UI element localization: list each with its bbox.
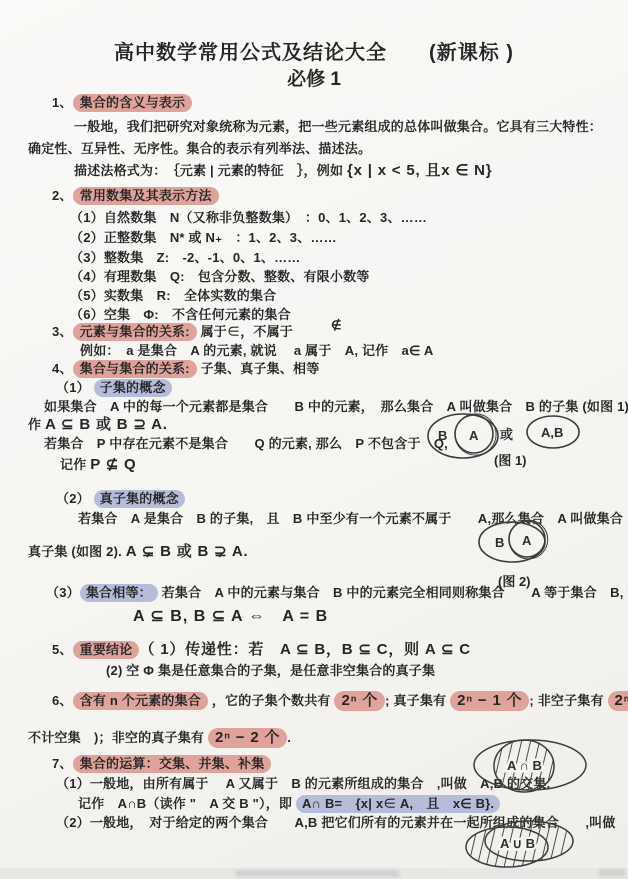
paragraph-line: 作 A ⊆ B 或 B ⊇ A. bbox=[28, 416, 168, 433]
highlight-subheading: 真子集的概念 bbox=[94, 490, 185, 508]
example-line: 例如： a 是集合 A 的元素, 就说 a 属于 A, 记作 a∈ A bbox=[80, 342, 433, 359]
paragraph-line: 一般地，我们把研究对象统称为元素，把一些元素组成的总体叫做集合。它具有三大特性： bbox=[74, 118, 602, 135]
numbered-set-item: （5）实数集 R: 全体实数的集合 bbox=[70, 287, 276, 304]
numbered-set-item: （4）有理数集 Q: 包含分数、整数、有限小数等 bbox=[70, 268, 369, 285]
subsection-3-heading: （3）集合相等： 若集合 A 中的元素与集合 B 中的元素完全相同则称集合 A … bbox=[46, 584, 628, 601]
highlight-heading: 元素与集合的关系: bbox=[73, 323, 197, 341]
subsection-number: （3） bbox=[46, 585, 80, 600]
text-fragment: ; 非空子集有 bbox=[529, 693, 607, 708]
nonempty-proper-subset-count-formula: 2ⁿ − 2 个 bbox=[208, 728, 287, 748]
section-7-heading: 7、集合的运算：交集、并集、补集 bbox=[52, 755, 271, 772]
numbered-set-item: （6）空集 Φ: 不含任何元素的集合 bbox=[70, 306, 291, 323]
fig1-equal-sets-label: A,B bbox=[541, 425, 563, 440]
text-fragment: . bbox=[287, 730, 291, 745]
paragraph-line: 确定性、互异性、无序性。集合的表示有列举法、描述法。 bbox=[28, 140, 371, 157]
not-element-symbol: ∉ bbox=[331, 318, 342, 332]
watermark-smudge bbox=[235, 870, 400, 877]
intersection-formula: A∩ B= {x| x∈ A, 且 x∈ B}. bbox=[296, 795, 500, 813]
numbered-set-item: （2）正整数集 N* 或 N₊ ：1、2、3、…… bbox=[70, 229, 337, 246]
section-5-heading: 5、重要结论（ 1）传递性：若 A ⊆ B，B ⊆ C，则 A ⊆ C bbox=[52, 641, 471, 658]
fig3-intersection-label: A ∩ B bbox=[507, 758, 542, 773]
highlight-subheading: 子集的概念 bbox=[94, 379, 172, 397]
fig1-inner-set-label: A bbox=[469, 428, 479, 443]
fig1-or-label: 或 bbox=[500, 427, 513, 442]
section-3-heading: 3、元素与集合的关系: 属于∈，不属于∉ bbox=[52, 323, 342, 341]
empty-set-rule: (2) 空 Φ 集是任意集合的子集，是任意非空集合的真子集 bbox=[106, 662, 435, 679]
section-number: 4、 bbox=[52, 361, 73, 376]
section-1-heading: 1、集合的含义与表示 bbox=[52, 94, 192, 111]
section-2-heading: 2、常用数集及其表示方法 bbox=[52, 187, 219, 204]
paragraph-line: 若集合 P 中存在元素不是集合 Q 的元素, 那么 P 不包含于 Q, bbox=[44, 435, 448, 452]
nonempty-subset-count-formula: 2ⁿ − 1 bbox=[608, 691, 628, 711]
fig1-outer-set-label: B bbox=[438, 428, 447, 443]
paragraph-line: 描述法格式为： ｛元素 | 元素的特征 ｝，例如 {x | x < 5, 且x … bbox=[74, 162, 492, 179]
section-number: 1、 bbox=[52, 95, 73, 110]
fig4-union-label: A ∪ B bbox=[500, 836, 535, 851]
highlight-subheading: 集合相等： bbox=[80, 584, 158, 602]
highlight-heading: 重要结论 bbox=[73, 641, 140, 659]
section-number: 5、 bbox=[52, 642, 73, 657]
proper-subset-formula: A ⊊ B 或 B ⊋ A. bbox=[126, 543, 249, 560]
proper-subset-count-formula: 2ⁿ − 1 个 bbox=[450, 691, 529, 711]
paragraph-line: 记作 A∩B（读作 " A 交 B "），即 A∩ B= {x| x∈ A, 且… bbox=[78, 795, 500, 812]
text-fragment: ，它的子集个数共有 bbox=[208, 693, 334, 708]
text-fragment: 不计空集 )；非空的真子集有 bbox=[28, 730, 208, 745]
transitivity-rule: （ 1）传递性：若 A ⊆ B，B ⊆ C，则 A ⊆ C bbox=[139, 641, 470, 658]
paragraph-line: 记作 P ⊈ Q bbox=[60, 456, 137, 473]
section-6-heading: 6、含有 n 个元素的集合 ，它的子集个数共有 2ⁿ 个; 真子集有 2ⁿ − … bbox=[52, 692, 628, 709]
section-number: 6、 bbox=[52, 693, 73, 708]
figure-1-caption: (图 1) bbox=[494, 450, 527, 469]
paragraph-line: 不计空集 )；非空的真子集有 2ⁿ − 2 个. bbox=[28, 729, 291, 746]
set-notation-example: {x | x < 5, 且x ∈ N} bbox=[347, 162, 492, 179]
not-subset-formula: P ⊈ Q bbox=[90, 456, 136, 473]
section-number: 3、 bbox=[52, 324, 73, 339]
subsection-number: （1） bbox=[56, 380, 90, 395]
page-subtitle: 必修 1 bbox=[0, 64, 628, 91]
heading-tail: 子集、真子集、相等 bbox=[197, 361, 320, 376]
venn-diagram-intersection: A ∩ B bbox=[471, 737, 591, 793]
heading-tail: 属于∈，不属于 bbox=[197, 324, 293, 339]
numbered-set-item: （3）整数集 Z: -2、-1、0、1、…… bbox=[70, 249, 300, 266]
text-fragment: 记作 bbox=[60, 457, 90, 472]
paragraph-line: 真子集 (如图 2). A ⊊ B 或 B ⊋ A. bbox=[28, 543, 248, 560]
heading-tail: 若集合 A 中的元素与集合 B 中的元素完全相同则称集合 A 等于集合 B, 记… bbox=[158, 585, 628, 600]
subsection-2-heading: （2） 真子集的概念 bbox=[56, 490, 185, 507]
watermark-smudge bbox=[598, 869, 626, 877]
text-fragment: ; 真子集有 bbox=[385, 693, 450, 708]
text-fragment: 作 bbox=[28, 417, 45, 432]
highlight-heading: 含有 n 个元素的集合 bbox=[73, 692, 208, 710]
subsection-number: （2） bbox=[56, 491, 90, 506]
subset-count-formula: 2ⁿ 个 bbox=[334, 691, 385, 711]
section-number: 7、 bbox=[52, 756, 73, 771]
subset-formula: A ⊆ B 或 B ⊇ A. bbox=[45, 416, 168, 433]
highlight-heading: 集合的运算：交集、并集、补集 bbox=[73, 755, 272, 773]
subsection-1-heading: （1） 子集的概念 bbox=[56, 379, 172, 396]
text-fragment: 记作 A∩B（读作 " A 交 B "），即 bbox=[78, 796, 296, 811]
fig2-inner-set-label: A bbox=[522, 533, 532, 548]
venn-diagram-figure-2: B A bbox=[478, 518, 556, 564]
numbered-set-item: （1）自然数集 N（又称非负整数集） ：0、1、2、3、…… bbox=[70, 209, 427, 226]
highlight-heading: 集合的含义与表示 bbox=[73, 94, 193, 112]
section-number: 2、 bbox=[52, 188, 73, 203]
descriptive-format-label: 描述法格式为： ｛元素 | 元素的特征 ｝，例如 bbox=[74, 163, 347, 178]
fig2-outer-set-label: B bbox=[495, 535, 504, 550]
highlight-heading: 常用数集及其表示方法 bbox=[73, 187, 219, 205]
venn-diagram-union: A ∪ B bbox=[462, 818, 587, 874]
section-4-heading: 4、集合与集合的关系: 子集、真子集、相等 bbox=[52, 360, 319, 377]
text-fragment: 真子集 (如图 2). bbox=[28, 544, 126, 559]
document-page: 高中数学常用公式及结论大全 (新课标 ) 必修 1 1、集合的含义与表示 一般地… bbox=[0, 0, 628, 879]
page-title: 高中数学常用公式及结论大全 (新课标 ) bbox=[0, 36, 628, 65]
highlight-heading: 集合与集合的关系: bbox=[73, 360, 197, 378]
set-equality-formula: A ⊆ B, B ⊆ A ⇔ A = B bbox=[133, 608, 328, 625]
